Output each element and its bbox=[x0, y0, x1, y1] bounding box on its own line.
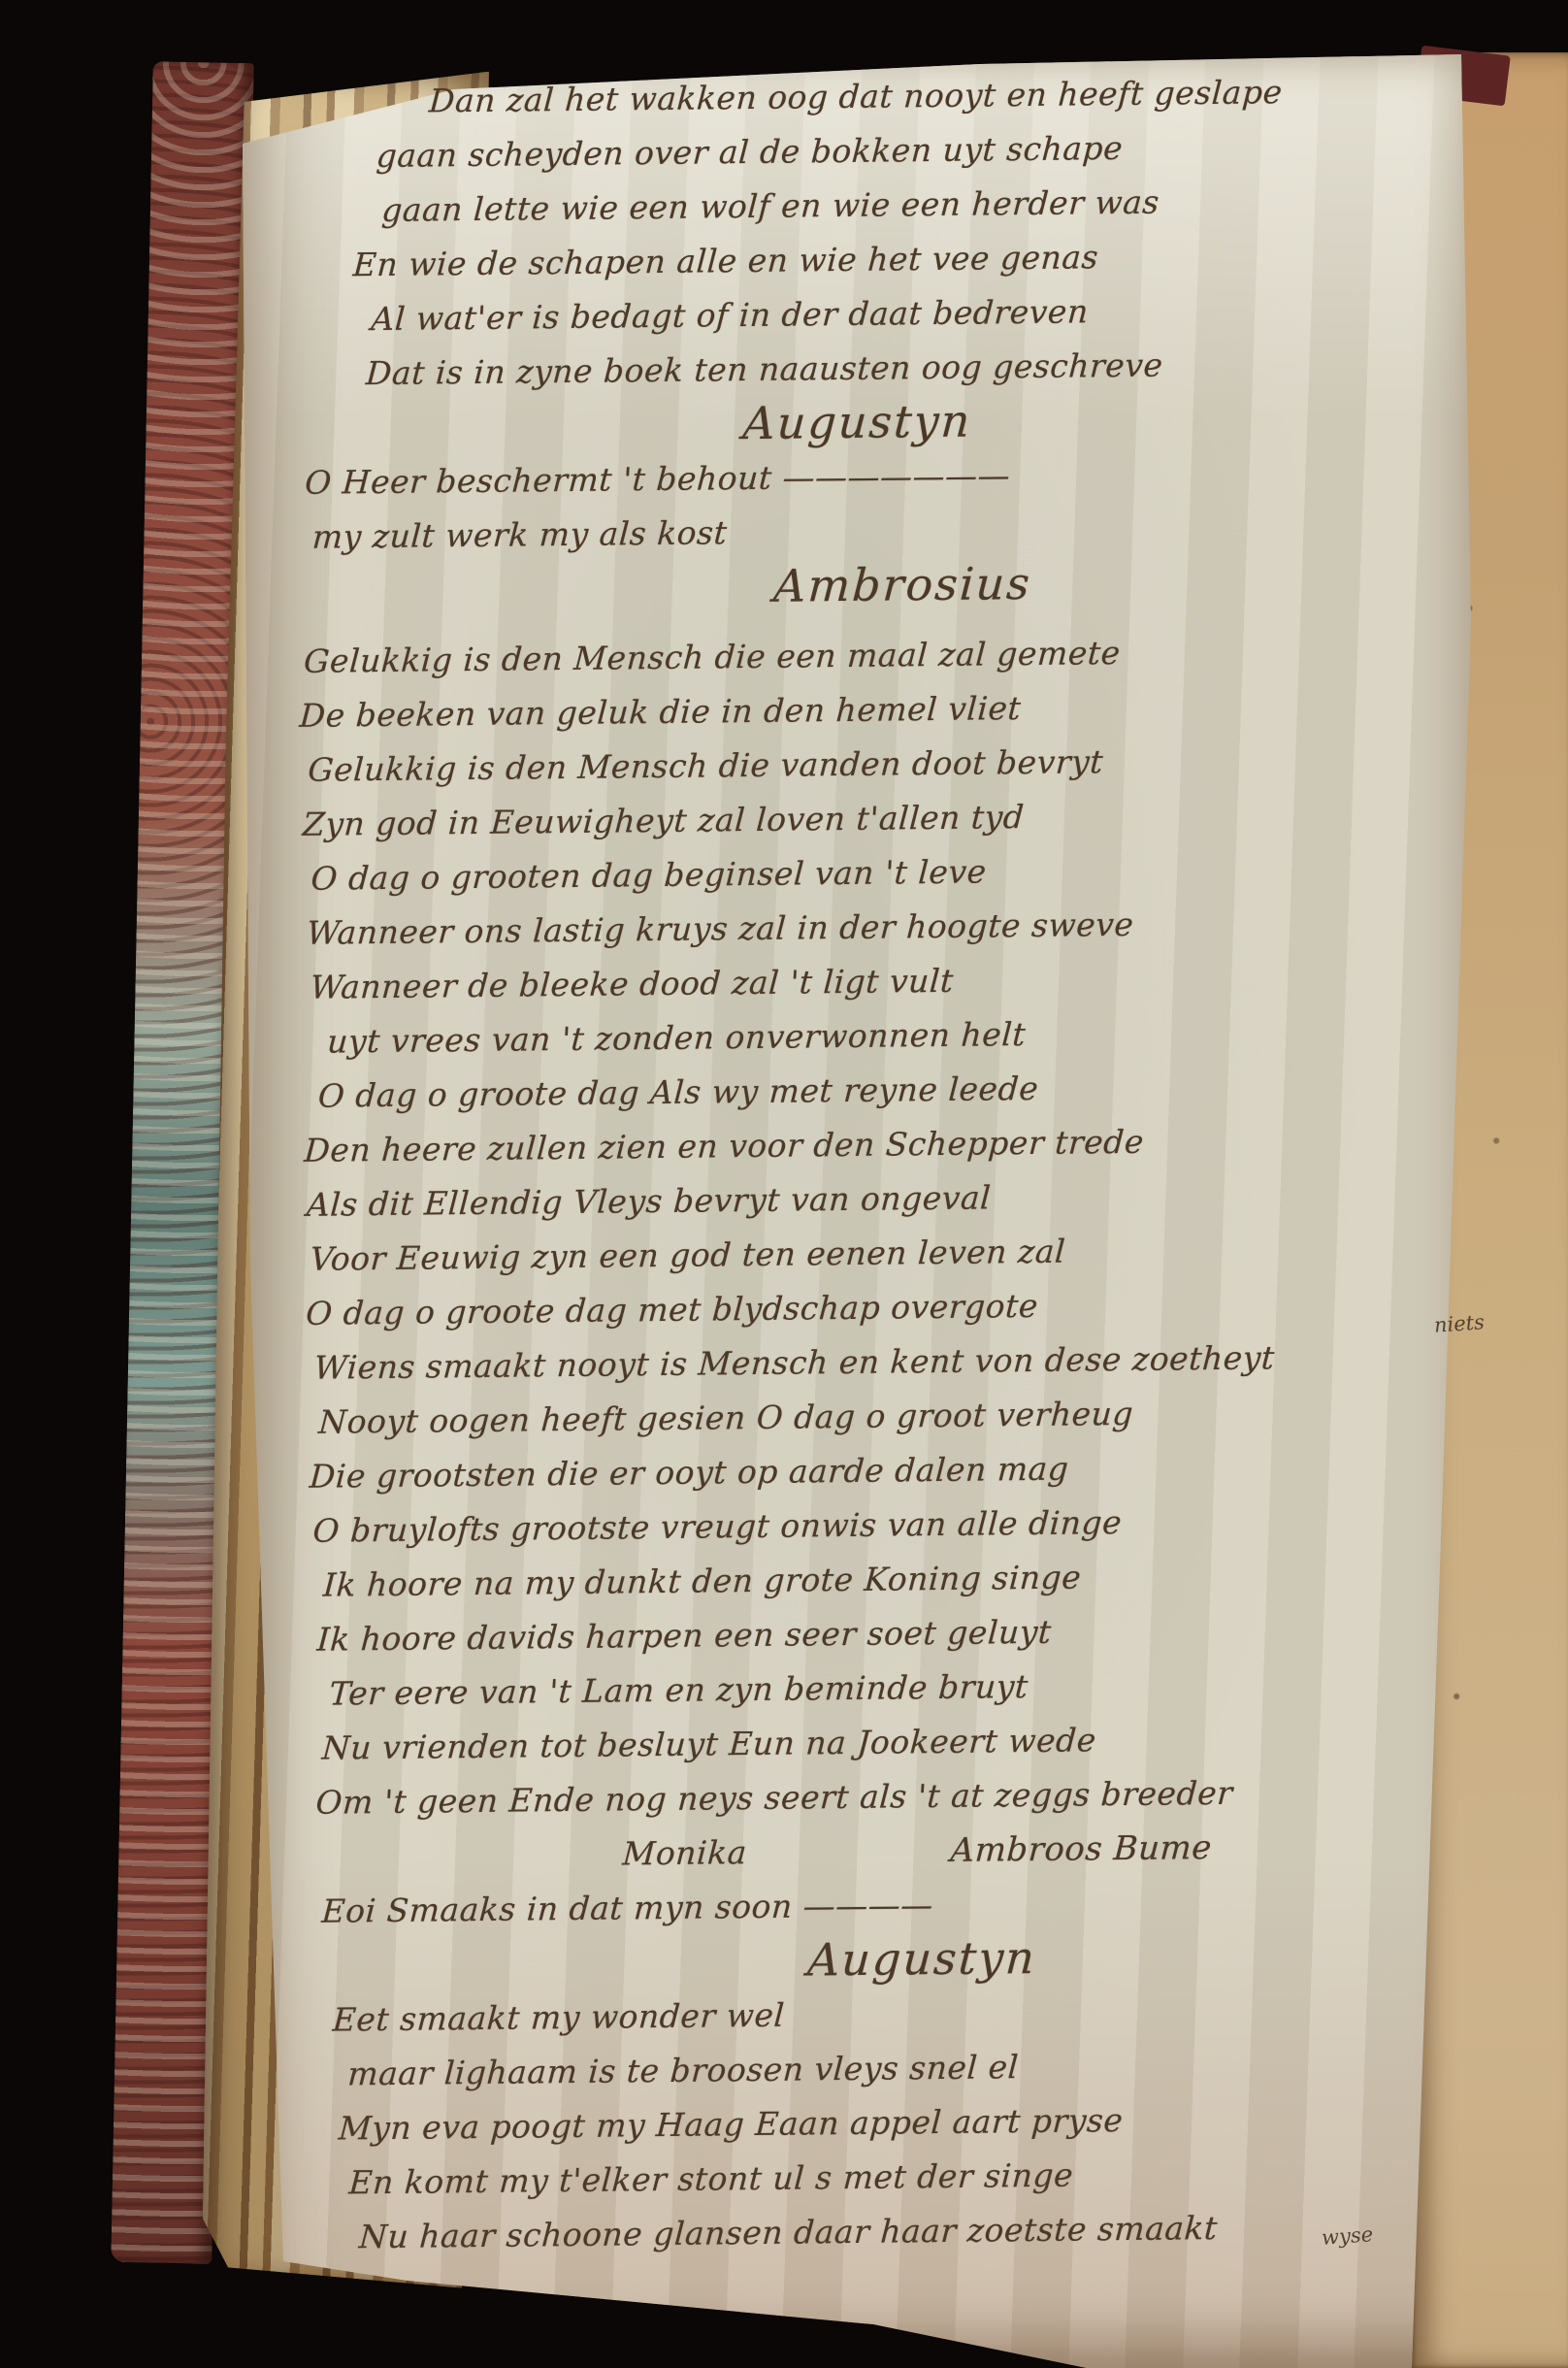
heading-monika: Monika bbox=[621, 1833, 748, 1889]
heading-ambrosius: Ambrosius bbox=[773, 560, 1483, 622]
manuscript-line: Monika Ambroos Bume bbox=[622, 1825, 1496, 1889]
heading-augustyn: Augustyn bbox=[742, 397, 1481, 459]
heading-augustyn-2: Augustyn bbox=[807, 1934, 1497, 1995]
margin-note: wyse bbox=[1321, 2222, 1374, 2250]
manuscript-text: Dan zal het wakken oog dat nooyt en heef… bbox=[283, 71, 1500, 2273]
signature-ambrosius: Ambroos Bume bbox=[949, 1828, 1214, 1886]
margin-note: niets bbox=[1433, 1310, 1485, 1337]
photo-of-open-book: Dan zal het wakken oog dat nooyt en heef… bbox=[0, 0, 1568, 2368]
